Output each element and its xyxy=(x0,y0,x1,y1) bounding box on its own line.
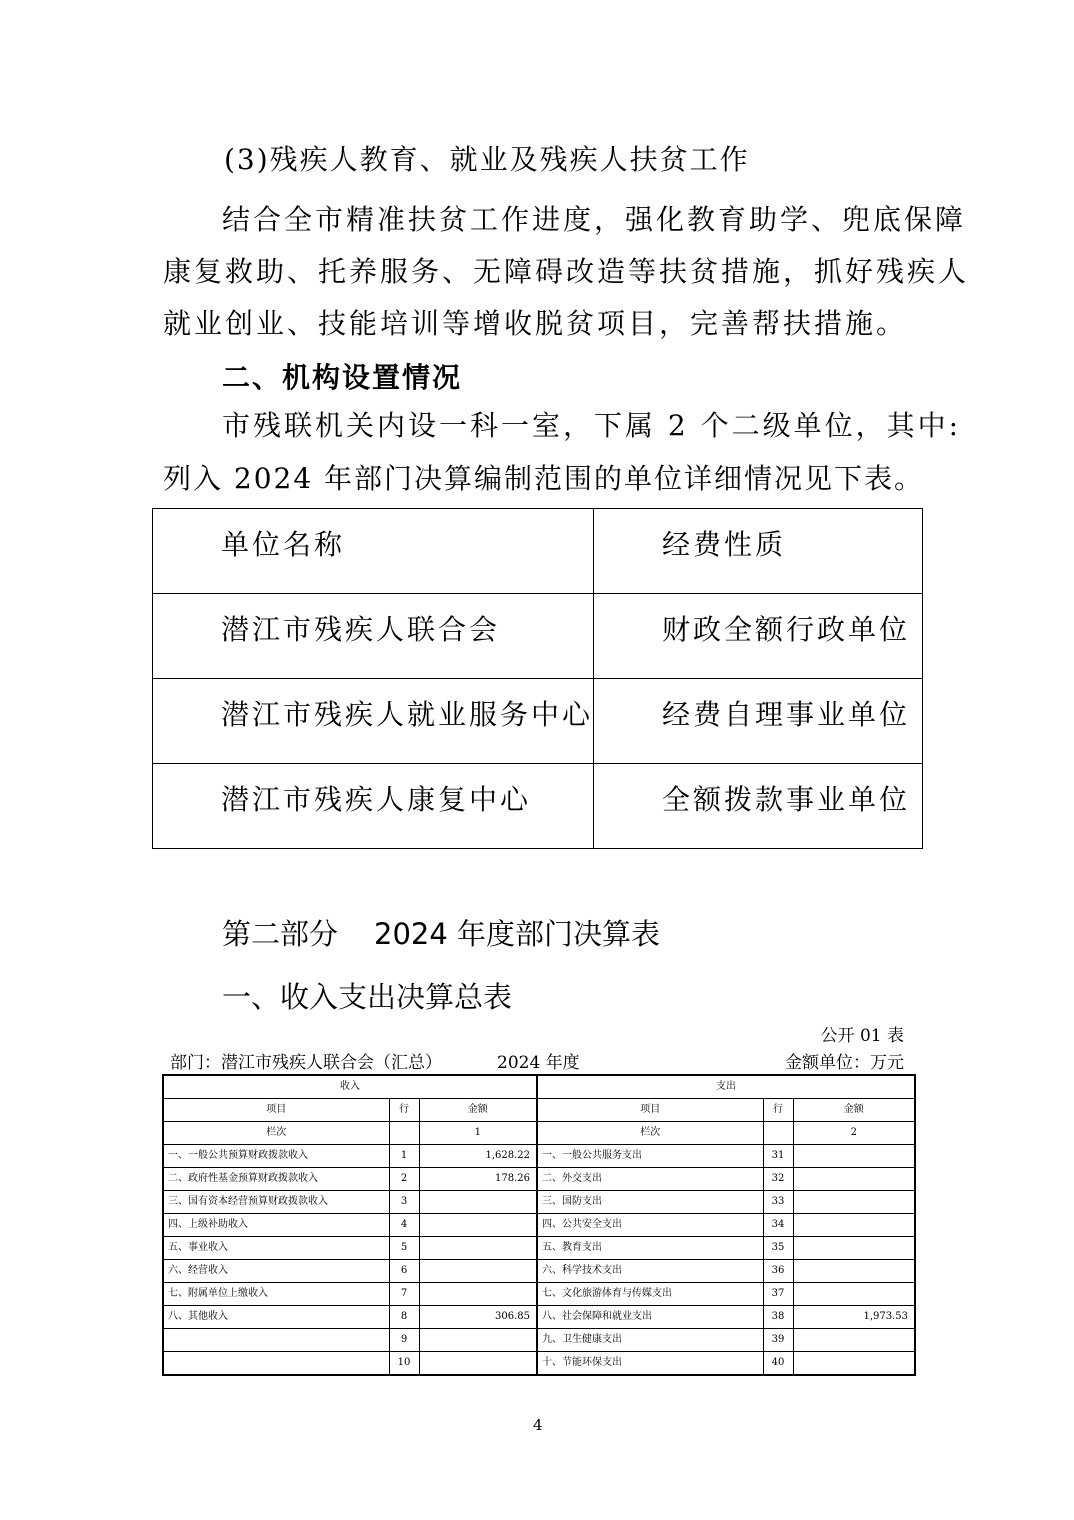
income-item: 七、附属单位上缴收入 xyxy=(163,1283,389,1306)
units-table-row: 潜江市残疾人联合会 财政全额行政单位 xyxy=(153,594,923,679)
income-index-row xyxy=(389,1122,419,1145)
income-amount xyxy=(419,1214,537,1237)
income-header: 收入 xyxy=(163,1075,537,1099)
expense-item: 十、节能环保支出 xyxy=(537,1352,763,1376)
subsection-title: 一、收入支出决算总表 xyxy=(222,983,512,1012)
fiscal-year-label: 2024 年度 xyxy=(497,1048,580,1073)
income-index-value: 1 xyxy=(419,1122,537,1145)
expense-item: 六、科学技术支出 xyxy=(537,1260,763,1283)
expense-amount xyxy=(793,1237,915,1260)
income-item xyxy=(163,1329,389,1352)
income-item: 二、政府性基金预算财政拨款收入 xyxy=(163,1168,389,1191)
expense-row-no: 32 xyxy=(763,1168,793,1191)
income-item: 一、一般公共预算财政拨款收入 xyxy=(163,1145,389,1168)
income-item: 六、经营收入 xyxy=(163,1260,389,1283)
units-table-header-row: 单位名称 经费性质 xyxy=(153,509,923,594)
fin-table-row: 八、其他收入 8 306.85 八、社会保障和就业支出 38 1,973.53 xyxy=(163,1306,915,1329)
income-row-no: 6 xyxy=(389,1260,419,1283)
income-row-no: 1 xyxy=(389,1145,419,1168)
units-header-name: 单位名称 xyxy=(153,509,594,594)
fin-table-row: 9 九、卫生健康支出 39 xyxy=(163,1329,915,1352)
income-amount: 306.85 xyxy=(419,1306,537,1329)
income-expense-summary-table: 收入 支出 项目 行 金额 项目 行 金额 栏次 1 栏次 2 一、一般公共预算… xyxy=(162,1074,916,1376)
department-label: 部门：潜江市残疾人联合会（汇总） xyxy=(170,1048,442,1073)
paragraph-1-line-3: 就业创业、技能培训等增收脱贫项目，完善帮扶措施。 xyxy=(163,310,907,338)
unit-funding-type: 财政全额行政单位 xyxy=(594,594,923,679)
expense-amount xyxy=(793,1260,915,1283)
income-item: 八、其他收入 xyxy=(163,1306,389,1329)
expense-col-amount: 金额 xyxy=(793,1099,915,1122)
expense-row-no: 33 xyxy=(763,1191,793,1214)
income-row-no: 5 xyxy=(389,1237,419,1260)
fin-table-row: 四、上级补助收入 4 四、公共安全支出 34 xyxy=(163,1214,915,1237)
page-number: 4 xyxy=(533,1416,543,1434)
fin-table-row: 三、国有资本经营预算财政拨款收入 3 三、国防支出 33 xyxy=(163,1191,915,1214)
income-amount: 178.26 xyxy=(419,1168,537,1191)
income-col-item: 项目 xyxy=(163,1099,389,1122)
expense-index-value: 2 xyxy=(793,1122,915,1145)
amount-unit-label: 金额单位：万元 xyxy=(785,1048,904,1073)
section-2-heading: 二、机构设置情况 xyxy=(222,364,462,392)
income-item xyxy=(163,1352,389,1376)
expense-item: 八、社会保障和就业支出 xyxy=(537,1306,763,1329)
income-row-no: 7 xyxy=(389,1283,419,1306)
fin-column-header-row: 项目 行 金额 项目 行 金额 xyxy=(163,1099,915,1122)
fin-table-row: 二、政府性基金预算财政拨款收入 2 178.26 二、外交支出 32 xyxy=(163,1168,915,1191)
income-row-no: 9 xyxy=(389,1329,419,1352)
income-index-label: 栏次 xyxy=(163,1122,389,1145)
expense-amount xyxy=(793,1145,915,1168)
income-item: 三、国有资本经营预算财政拨款收入 xyxy=(163,1191,389,1214)
unit-name: 潜江市残疾人康复中心 xyxy=(153,764,594,849)
units-table-row: 潜江市残疾人就业服务中心 经费自理事业单位 xyxy=(153,679,923,764)
fin-table-row: 七、附属单位上缴收入 7 七、文化旅游体育与传媒支出 37 xyxy=(163,1283,915,1306)
expense-row-no: 31 xyxy=(763,1145,793,1168)
income-row-no: 2 xyxy=(389,1168,419,1191)
income-item: 五、事业收入 xyxy=(163,1237,389,1260)
units-table: 单位名称 经费性质 潜江市残疾人联合会 财政全额行政单位 潜江市残疾人就业服务中… xyxy=(152,508,923,849)
paragraph-1-line-2: 康复救助、托养服务、无障碍改造等扶贫措施，抓好残疾人 xyxy=(163,258,969,286)
expense-row-no: 34 xyxy=(763,1214,793,1237)
expense-header: 支出 xyxy=(537,1075,915,1099)
income-amount xyxy=(419,1352,537,1376)
income-amount xyxy=(419,1191,537,1214)
expense-item: 九、卫生健康支出 xyxy=(537,1329,763,1352)
paragraph-2-line-2: 列入 2024 年部门决算编制范围的单位详细情况见下表。 xyxy=(163,465,924,493)
unit-funding-type: 经费自理事业单位 xyxy=(594,679,923,764)
expense-item: 一、一般公共服务支出 xyxy=(537,1145,763,1168)
unit-name: 潜江市残疾人就业服务中心 xyxy=(153,679,594,764)
income-row-no: 3 xyxy=(389,1191,419,1214)
units-table-row: 潜江市残疾人康复中心 全额拨款事业单位 xyxy=(153,764,923,849)
income-col-row: 行 xyxy=(389,1099,419,1122)
income-row-no: 4 xyxy=(389,1214,419,1237)
expense-col-row: 行 xyxy=(763,1099,793,1122)
expense-amount xyxy=(793,1191,915,1214)
income-amount xyxy=(419,1237,537,1260)
expense-item: 三、国防支出 xyxy=(537,1191,763,1214)
expense-row-no: 36 xyxy=(763,1260,793,1283)
income-item: 四、上级补助收入 xyxy=(163,1214,389,1237)
units-header-funding: 经费性质 xyxy=(594,509,923,594)
unit-name: 潜江市残疾人联合会 xyxy=(153,594,594,679)
income-amount xyxy=(419,1329,537,1352)
fin-table-row: 一、一般公共预算财政拨款收入 1 1,628.22 一、一般公共服务支出 31 xyxy=(163,1145,915,1168)
expense-index-label: 栏次 xyxy=(537,1122,763,1145)
expense-row-no: 38 xyxy=(763,1306,793,1329)
expense-row-no: 40 xyxy=(763,1352,793,1376)
part-2-prefix: 第二部分 xyxy=(222,917,338,951)
expense-item: 七、文化旅游体育与传媒支出 xyxy=(537,1283,763,1306)
part-2-title: 第二部分2024 年度部门决算表 xyxy=(222,920,660,949)
expense-amount xyxy=(793,1352,915,1376)
expense-amount xyxy=(793,1329,915,1352)
expense-amount: 1,973.53 xyxy=(793,1306,915,1329)
paragraph-1-line-1: 结合全市精准扶贫工作进度，强化教育助学、兜底保障 xyxy=(222,206,966,234)
fin-table-row: 五、事业收入 5 五、教育支出 35 xyxy=(163,1237,915,1260)
income-amount xyxy=(419,1260,537,1283)
table-number: 公开 01 表 xyxy=(821,1021,904,1046)
expense-col-item: 项目 xyxy=(537,1099,763,1122)
expense-row-no: 35 xyxy=(763,1237,793,1260)
expense-row-no: 37 xyxy=(763,1283,793,1306)
expense-item: 五、教育支出 xyxy=(537,1237,763,1260)
expense-index-row xyxy=(763,1122,793,1145)
income-row-no: 10 xyxy=(389,1352,419,1376)
paragraph-2-line-1: 市残联机关内设一科一室，下属 2 个二级单位，其中: xyxy=(222,412,961,440)
expense-amount xyxy=(793,1168,915,1191)
fin-table-row: 六、经营收入 6 六、科学技术支出 36 xyxy=(163,1260,915,1283)
unit-funding-type: 全额拨款事业单位 xyxy=(594,764,923,849)
fin-table-row: 10 十、节能环保支出 40 xyxy=(163,1352,915,1376)
expense-amount xyxy=(793,1283,915,1306)
income-row-no: 8 xyxy=(389,1306,419,1329)
income-col-amount: 金额 xyxy=(419,1099,537,1122)
fin-column-index-row: 栏次 1 栏次 2 xyxy=(163,1122,915,1145)
fin-section-header-row: 收入 支出 xyxy=(163,1075,915,1099)
expense-item: 四、公共安全支出 xyxy=(537,1214,763,1237)
section-3-heading: (3)残疾人教育、就业及残疾人扶贫工作 xyxy=(224,146,750,174)
income-amount xyxy=(419,1283,537,1306)
expense-row-no: 39 xyxy=(763,1329,793,1352)
income-amount: 1,628.22 xyxy=(419,1145,537,1168)
expense-item: 二、外交支出 xyxy=(537,1168,763,1191)
expense-amount xyxy=(793,1214,915,1237)
part-2-text: 2024 年度部门决算表 xyxy=(374,917,660,951)
